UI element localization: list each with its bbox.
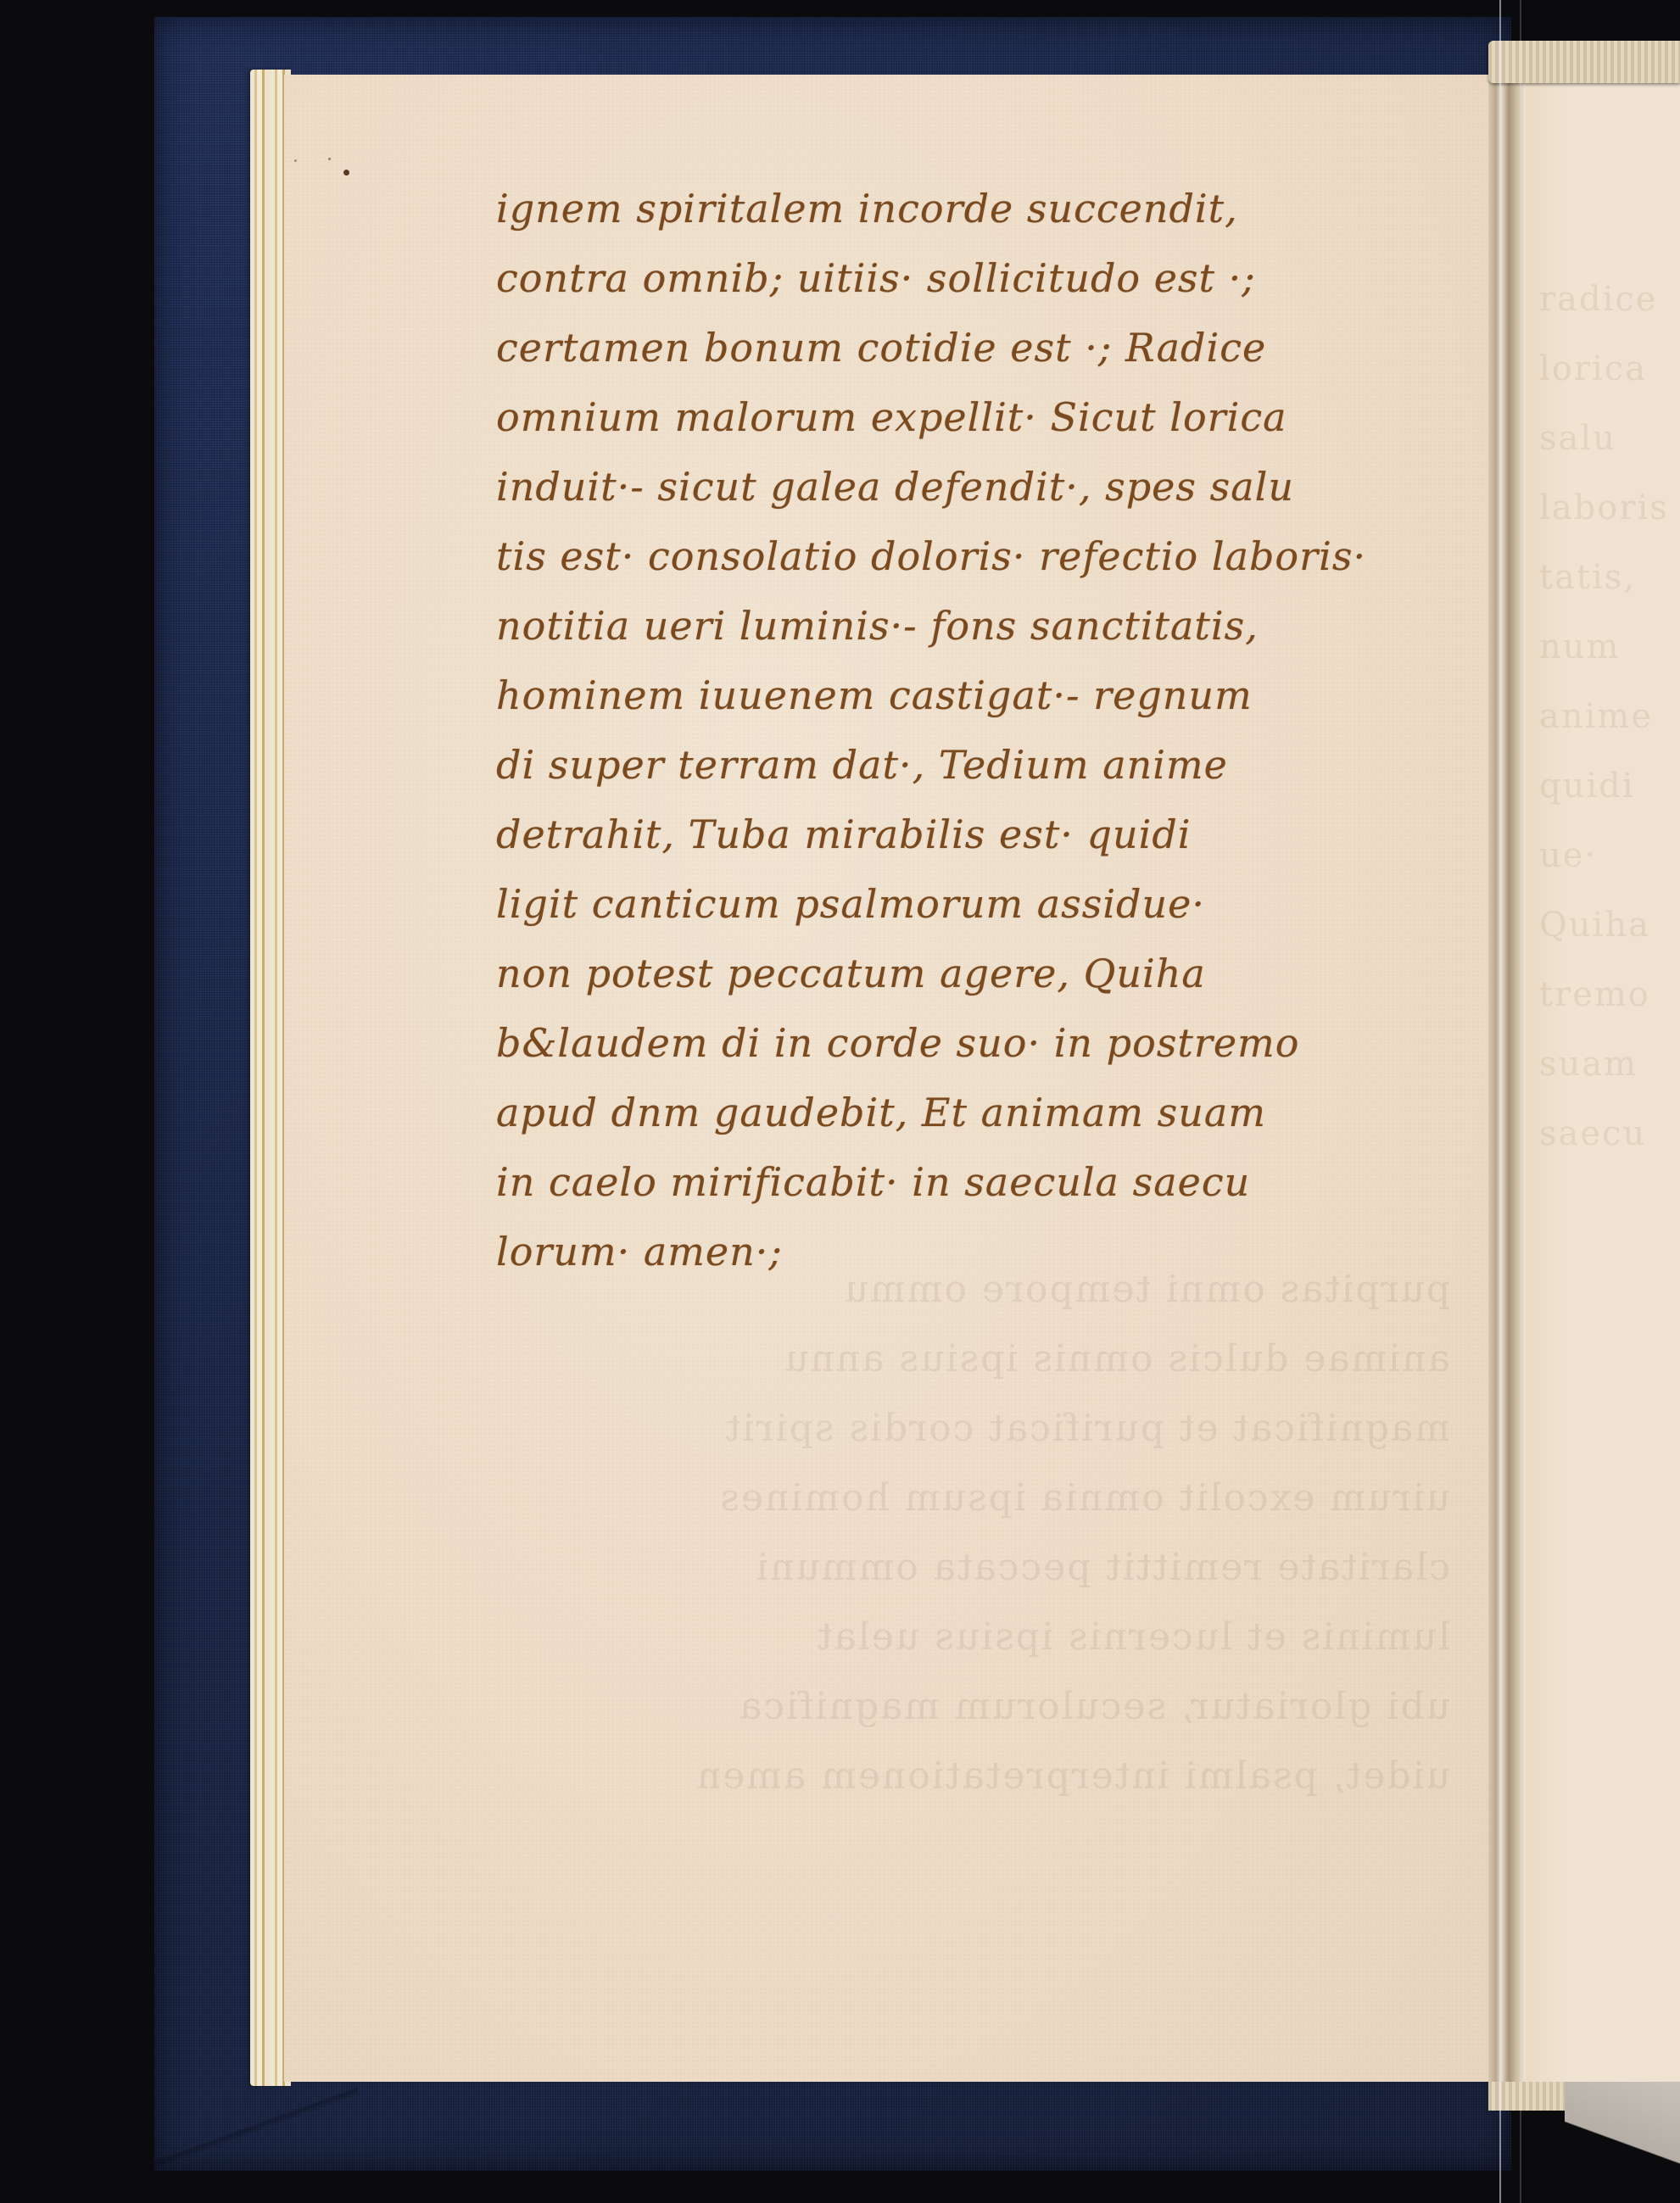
text-line-4: omnium malorum expellit· Sicut lorica (496, 382, 1454, 452)
ghost-line: tremo (1539, 960, 1675, 1029)
text-line-6: tis est· consolatio doloris· refectio la… (496, 521, 1454, 591)
glass-plate-edge (1499, 0, 1501, 2203)
text-line-3: certamen bonum cotidie est ·; Radice (496, 313, 1454, 382)
ghost-line: num (1539, 612, 1675, 682)
ghost-line (1539, 195, 1675, 265)
text-line-1: ignem spiritalem incorde succendit, (496, 174, 1454, 243)
ink-spot (343, 170, 349, 176)
ghost-line: anime (1539, 682, 1675, 751)
ghost-line: magnificat et purificat cordis spirit (449, 1394, 1450, 1464)
ghost-line: claritate remittit peccata ommuni (449, 1533, 1450, 1603)
ghost-line: ubi gloriatur, seculorum magnifica (449, 1672, 1450, 1742)
ink-spot (294, 159, 297, 162)
ghost-line: suam (1539, 1029, 1675, 1099)
page-tab-corner (1565, 2082, 1680, 2175)
text-line-5: induit·- sicut galea defendit·, spes sal… (496, 452, 1454, 521)
text-line-9: di super terram dat·, Tedium anime (496, 730, 1454, 800)
reverse-side-showthrough: purpitas omni tempore ommu animae dulcis… (449, 1255, 1450, 1811)
text-line-14: apud dnm gaudebit, Et animam suam (496, 1078, 1454, 1147)
text-line-12: non potest peccatum agere, Quiha (496, 939, 1454, 1008)
ghost-line: laboris (1539, 473, 1675, 543)
ink-spot (328, 158, 331, 160)
ghost-line: luminis et lucernis ipsius uelat (449, 1603, 1450, 1672)
glass-plate-edge (1520, 0, 1521, 2203)
ghost-line: ue· (1539, 821, 1675, 890)
ghost-line: lorica (1539, 334, 1675, 404)
text-line-8: hominem iuuenem castigat·- regnum (496, 661, 1454, 730)
text-line-16: lorum· amen·; (496, 1217, 1454, 1286)
ghost-line: uirum excolit omnia ipsum homines (449, 1464, 1450, 1533)
text-line-2: contra omnib; uitiis· sollicitudo est ·; (496, 243, 1454, 313)
ghost-line: animae dulcis omnis ipsius annu (449, 1325, 1450, 1394)
text-line-15: in caelo mirificabit· in saecula saecu (496, 1147, 1454, 1217)
binding-corner-fold (154, 2082, 358, 2171)
binding-tie-top (1488, 41, 1680, 83)
text-line-7: notitia ueri luminis·- fons sanctitatis, (496, 591, 1454, 661)
text-line-13: b&laudem di in corde suo· in postremo (496, 1008, 1454, 1078)
ghost-line: Quiha (1539, 890, 1675, 960)
text-line-11: ligit canticum psalmorum assidue· (496, 869, 1454, 939)
ghost-line: quidi (1539, 751, 1675, 821)
facing-page-showthrough: radice lorica salu laboris tatis, num an… (1539, 195, 1675, 1168)
ghost-line: radice (1539, 265, 1675, 334)
manuscript-text-block: ignem spiritalem incorde succendit, cont… (496, 174, 1454, 1286)
ghost-line: uidet, psalmi interpretationem amen (449, 1742, 1450, 1811)
ghost-line: saecu (1539, 1099, 1675, 1168)
ghost-line: salu (1539, 404, 1675, 473)
text-line-10: detrahit, Tuba mirabilis est· quidi (496, 800, 1454, 869)
ghost-line: tatis, (1539, 543, 1675, 612)
